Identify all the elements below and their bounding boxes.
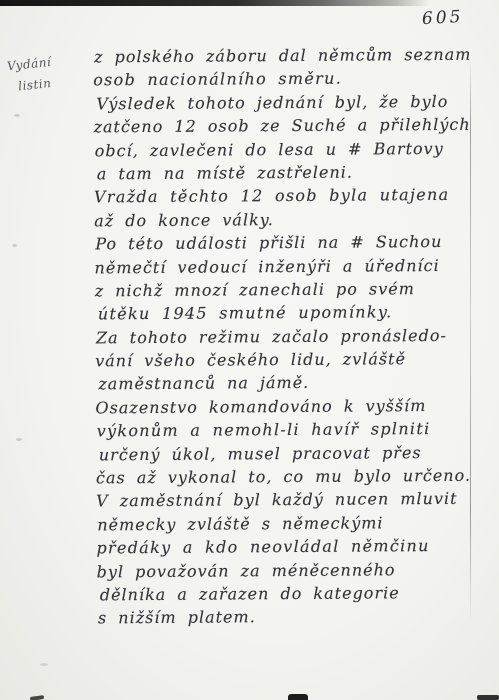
handwriting-line: obcí, zavlečeni do lesa u # Bartovy [95,136,486,162]
scan-artifact-mark [288,694,308,700]
handwriting-line: výkonům a nemohl-li havíř splniti [97,417,488,443]
handwriting-line: z polského záboru dal němcům seznam [94,43,485,69]
handwriting-line: byl považován za méněcenného [97,557,489,583]
handwritten-text-block: z polského záboru dal němcům seznamosob … [93,43,489,630]
handwriting-line: Po této události přišli na # Suchou [95,230,486,256]
scan-artifact-mark [477,695,499,700]
handwriting-line: dělníka a zařazen do kategorie [100,581,489,607]
handwriting-line: předáky a kdo neovládal němčinu [96,534,488,560]
handwriting-line: čas až vykonal to, co mu bylo určeno. [96,464,488,490]
handwriting-line: z nichž mnozí zanechali po svém [95,277,487,303]
scan-smudge [40,663,48,666]
scan-smudge [12,244,17,247]
handwriting-line: zaměstnanců na jámě. [98,370,487,396]
handwriting-line: Za tohoto režimu začalo pronásledo- [96,323,487,349]
page-number: 605 [422,7,464,29]
handwriting-line: zatčeno 12 osob ze Suché a přilehlých [93,113,485,139]
handwriting-line: osob nacionálního směru. [93,66,485,92]
scan-artifact-mark [30,695,44,700]
handwriting-line: V zaměstnání byl každý nucen mluvit [96,487,488,513]
scan-smudge [14,114,20,117]
handwriting-line: až do konce války. [94,206,486,232]
scanned-document-page: 605 Vydání listin z polského záboru dal … [0,0,499,700]
handwriting-line: němečtí vedoucí inženýři a úředníci [94,253,486,279]
handwriting-line: s nižším platem. [98,604,489,630]
scan-smudge [16,438,22,441]
handwriting-line: a tam na místě zastřeleni. [97,160,486,186]
handwriting-line: německy zvláště s německými [97,510,488,536]
handwriting-line: vání všeho českého lidu, zvláště [95,347,487,373]
handwriting-line: Vražda těchto 12 osob byla utajena [94,183,486,209]
handwriting-line: určený úkol, musel pracovat přes [99,440,488,466]
scan-artifact-top-edge [0,0,430,6]
margin-note: Vydání listin [6,48,94,99]
handwriting-line: Osazenstvo komandováno k vyšším [95,393,487,419]
handwriting-line: útěku 1945 smutné upomínky. [98,300,487,326]
handwriting-line: Výsledek tohoto jednání byl, že bylo [96,89,485,115]
